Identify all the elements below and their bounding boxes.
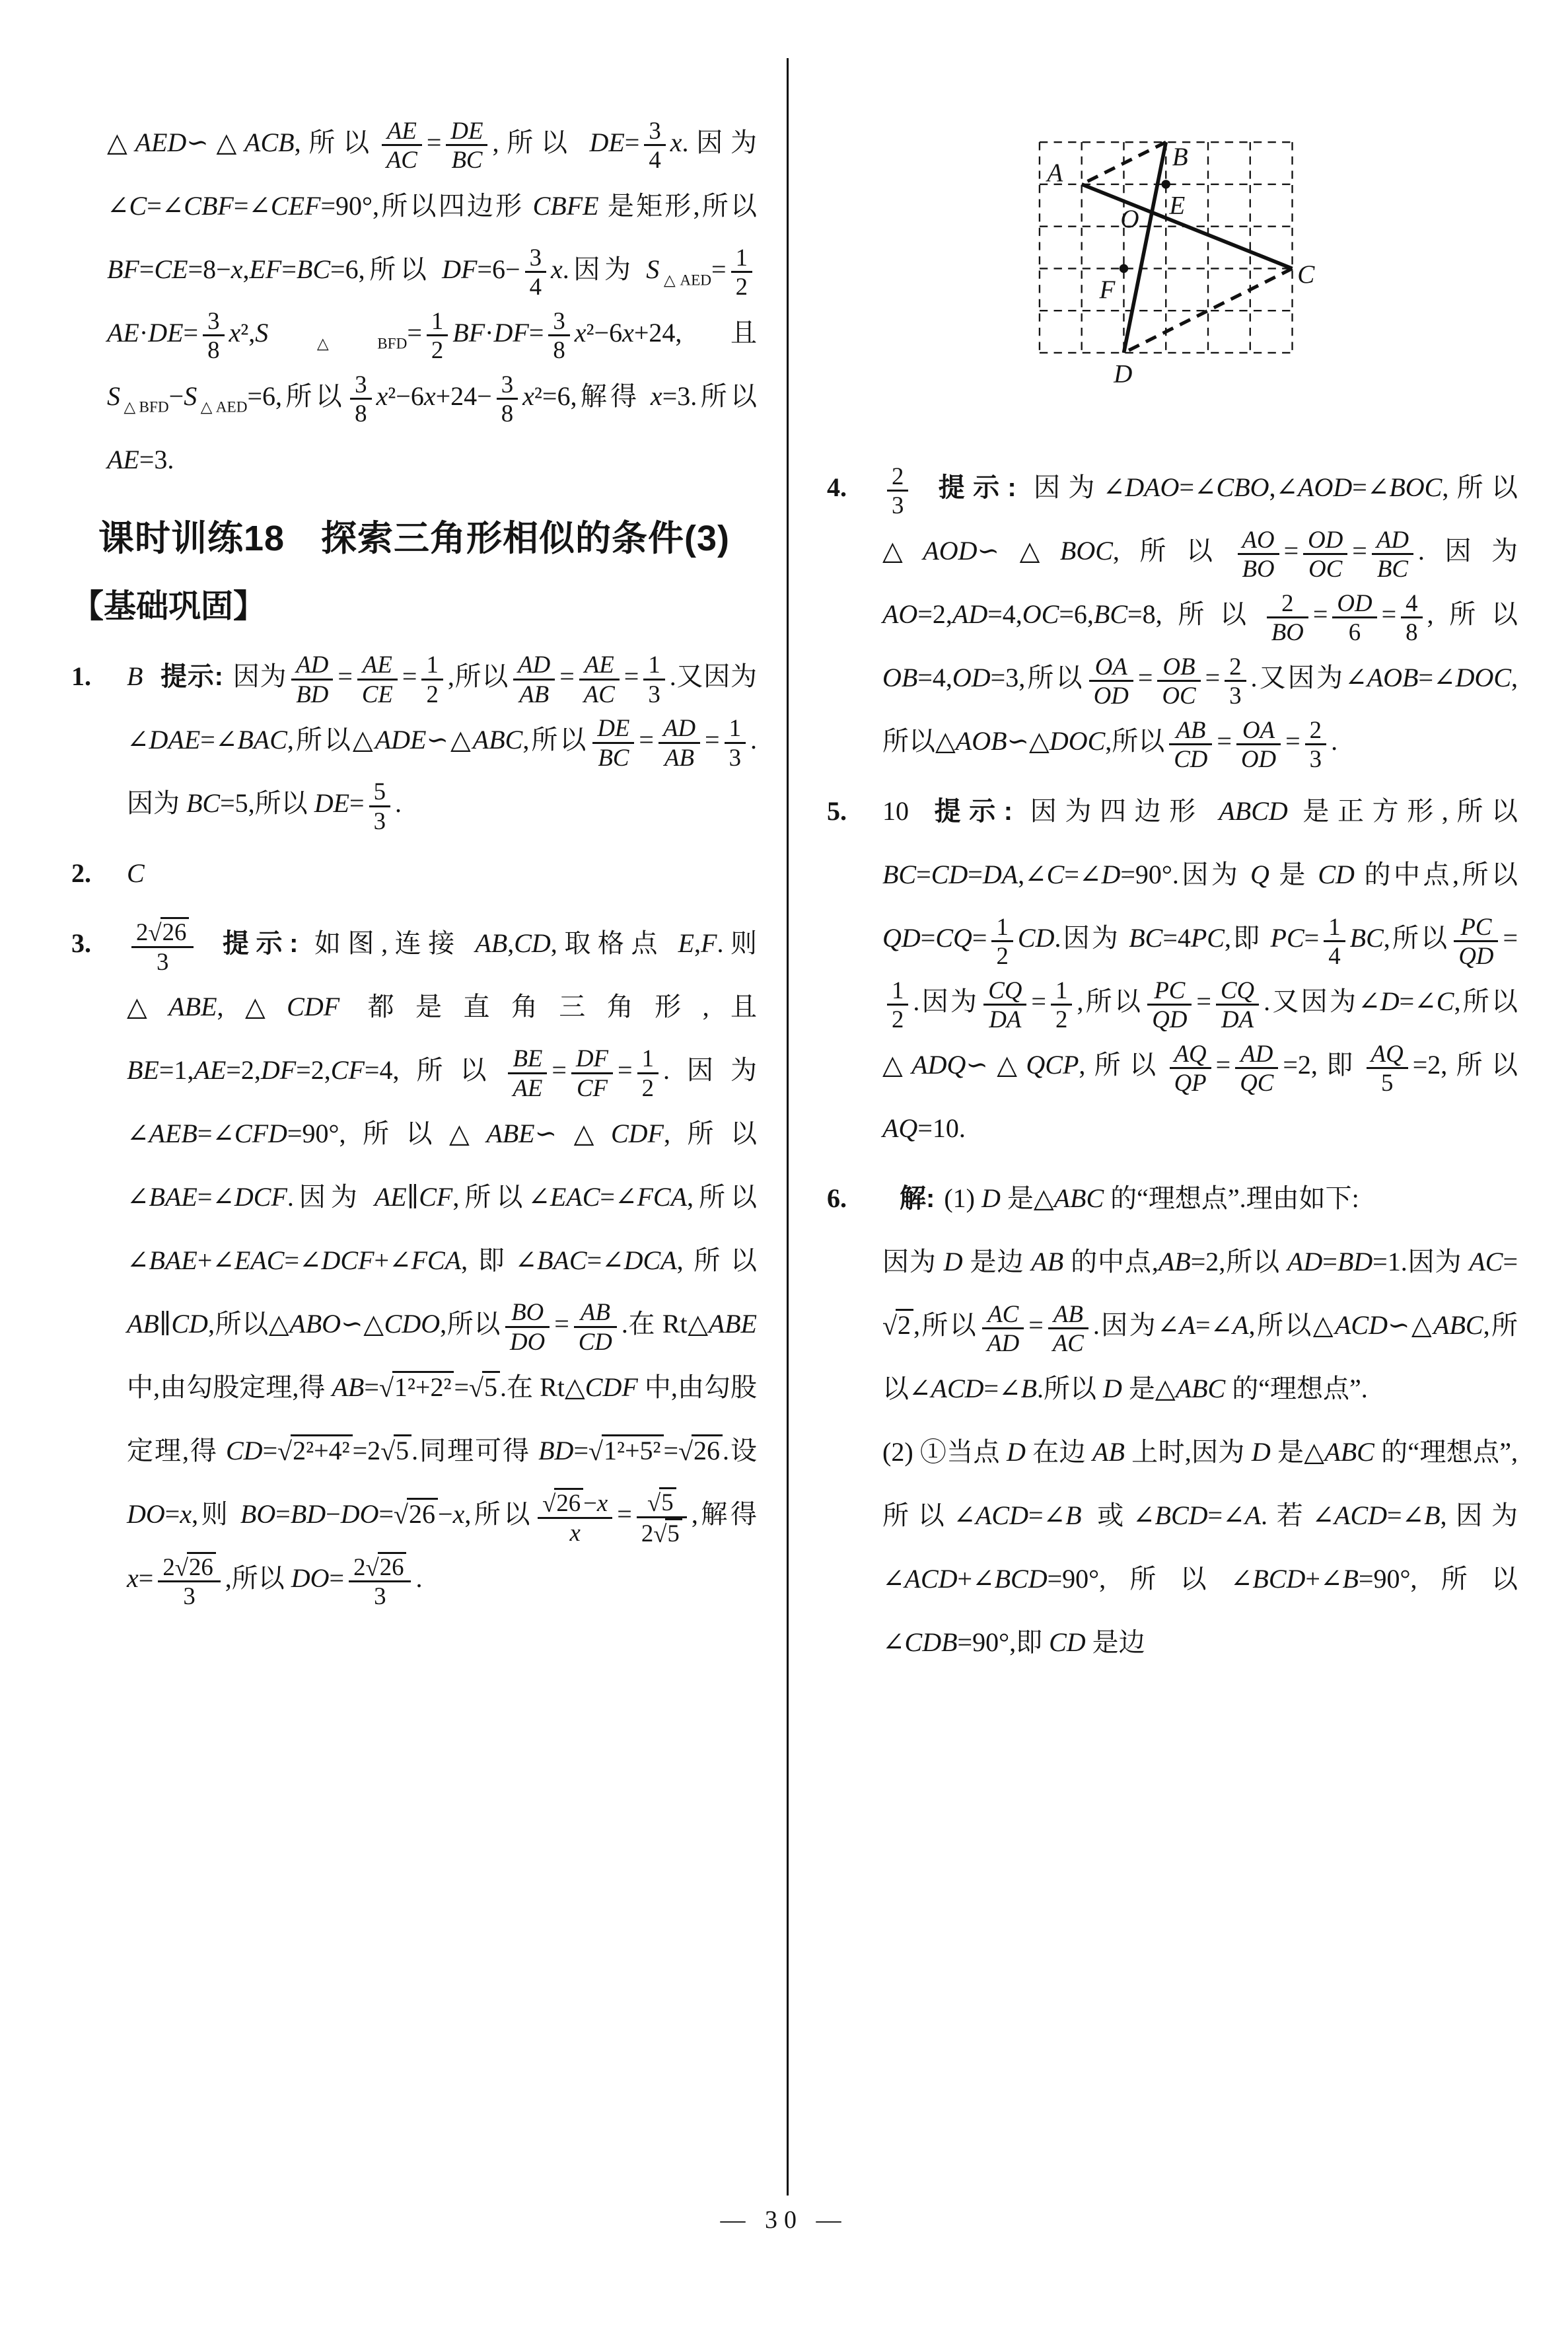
figure-label-A: A [1045, 159, 1063, 187]
fraction: DEBC [592, 714, 634, 770]
dot-E [1162, 180, 1170, 188]
dot-F [1120, 264, 1128, 273]
fraction: 12 [427, 307, 448, 363]
fraction: ADBC [1372, 526, 1413, 582]
textbook-answer-page: △AED∽△ACB,所以AEAC=DEBC,所以 DE=34x.因为∠C=∠CB… [0, 0, 1568, 2325]
fraction: √26−xx [538, 1488, 612, 1545]
page-number: — 30 — [0, 2205, 1568, 2234]
grid-figure: ABEOFCD [827, 115, 1518, 433]
fraction: 12 [991, 913, 1013, 969]
fraction: √52√5 [637, 1487, 687, 1546]
fraction: PCQD [1454, 913, 1498, 969]
section-heading: 课时训练18 探索三角形相似的条件(3) [71, 514, 757, 564]
fraction: OAOD [1236, 716, 1281, 772]
fraction: BODO [505, 1298, 550, 1354]
fraction: 13 [643, 651, 664, 707]
problem-1: 1.B提示:因为ADBD=AECE=12,所以ADAB=AEAC=13.又因为∠… [71, 645, 757, 835]
fraction: AQQP [1170, 1040, 1211, 1096]
square-root: √1²+5² [588, 1419, 664, 1483]
problem-number: 3. [71, 912, 127, 975]
square-root: √2²+4² [277, 1419, 353, 1483]
fraction: CQDA [983, 977, 1026, 1033]
problem-2: 2.C [71, 842, 757, 905]
square-root: √26 [365, 1552, 406, 1580]
problem-number: 5. [827, 780, 882, 843]
problem-3: 3.2√263提示:如图,连接 AB,CD,取格点 E,F.则△ABE,△CDF… [71, 912, 757, 1610]
fraction: ABAC [1048, 1300, 1088, 1356]
fraction: 53 [369, 778, 390, 834]
fraction: 2√263 [349, 1552, 411, 1609]
fraction: 34 [525, 244, 546, 300]
square-root: √26 [148, 917, 189, 945]
fraction: PCQD [1147, 977, 1192, 1033]
fraction: 23 [887, 462, 908, 519]
fraction: OBOC [1157, 653, 1200, 709]
fraction: 23 [1305, 716, 1326, 772]
problem-6: 6.解:(1) D 是△ABC 的“理想点”.理由如下:因为 D 是边 AB 的… [827, 1167, 1518, 1674]
square-root: √5 [653, 1518, 682, 1547]
fraction: 12 [731, 244, 752, 300]
fraction: 2BO [1267, 589, 1308, 646]
bold-label: 提示: [926, 797, 1013, 826]
square-root: √5 [647, 1487, 676, 1516]
square-root: √26 [394, 1483, 438, 1546]
figure-label-D: D [1113, 360, 1132, 388]
bold-label: 提示: [930, 473, 1016, 502]
problem-number: 1. [71, 645, 127, 708]
segment-CD [1123, 268, 1292, 353]
continued-solution: △AED∽△ACB,所以AEAC=DEBC,所以 DE=34x.因为∠C=∠CB… [71, 111, 757, 492]
figure-label-B: B [1172, 143, 1188, 171]
fraction: 38 [350, 371, 371, 427]
fraction: 23 [1225, 653, 1246, 709]
fraction: ADQC [1235, 1040, 1278, 1096]
fraction: AEAC [579, 651, 620, 707]
square-root: √2 [882, 1294, 913, 1357]
fraction: AQ5 [1367, 1040, 1408, 1096]
figure-label-O: O [1120, 205, 1139, 233]
fraction: 48 [1401, 589, 1422, 646]
fraction: 2√263 [158, 1552, 220, 1609]
fraction: 12 [1051, 977, 1072, 1033]
square-root: √26 [678, 1419, 723, 1483]
problem-4: 4.23提示:因为∠DAO=∠CBO,∠AOD=∠BOC,所以△AOD∽△BOC… [827, 456, 1518, 773]
fraction: BEAE [508, 1045, 547, 1101]
square-root: √5 [380, 1419, 411, 1483]
square-root: √1²+2² [379, 1356, 454, 1419]
fraction: AOBO [1238, 526, 1279, 582]
bold-label: 解: [900, 1184, 935, 1213]
fraction: 38 [548, 307, 569, 363]
segment-BD [1123, 142, 1166, 353]
column-divider [787, 58, 789, 2196]
left-column: △AED∽△ACB,所以AEAC=DEBC,所以 DE=34x.因为∠C=∠CB… [71, 111, 757, 1617]
fraction: 12 [887, 977, 908, 1033]
fraction: ACAD [982, 1300, 1024, 1356]
fraction: ADAB [659, 714, 700, 770]
fraction: 34 [644, 117, 665, 173]
fraction: DEBC [446, 117, 487, 173]
fraction: CQDA [1216, 977, 1259, 1033]
fraction: OAOD [1089, 653, 1133, 709]
figure-label-C: C [1297, 260, 1315, 289]
fraction: DFCF [571, 1045, 613, 1101]
fraction: 12 [421, 651, 443, 707]
right-column: ABEOFCD4.23提示:因为∠DAO=∠CBO,∠AOD=∠BOC,所以△A… [827, 111, 1518, 1681]
fraction: 38 [497, 371, 518, 427]
fraction: 12 [637, 1045, 659, 1101]
fraction: ODOC [1303, 526, 1347, 582]
problem-number: 4. [827, 456, 882, 519]
grid-figure-svg: ABEOFCD [1018, 115, 1327, 410]
fraction: ABCD [1169, 716, 1212, 772]
square-root: √26 [175, 1552, 216, 1580]
fraction: 13 [725, 714, 746, 770]
bold-label: 提示: [160, 662, 223, 691]
square-root: √5 [469, 1356, 500, 1419]
figure-label-E: E [1168, 192, 1185, 220]
bold-label: 提示: [215, 929, 298, 958]
problem-number: 6. [827, 1167, 882, 1230]
fraction: 2√263 [131, 917, 194, 975]
fraction: 38 [203, 307, 224, 363]
basics-subheading: 【基础巩固】 [71, 584, 757, 630]
fraction: AECE [357, 651, 398, 707]
fraction: ADBD [291, 651, 333, 707]
fraction: AEAC [382, 117, 422, 173]
fraction: ABCD [574, 1298, 617, 1354]
problem-5: 5.10提示:因为四边形 ABCD 是正方形,所以 BC=CD=DA,∠C=∠D… [827, 780, 1518, 1160]
fraction: ADAB [513, 651, 555, 707]
figure-label-F: F [1098, 276, 1116, 304]
problem-number: 2. [71, 842, 127, 905]
square-root: √26 [542, 1488, 583, 1516]
fraction: OD6 [1332, 589, 1376, 646]
fraction: 14 [1324, 913, 1345, 969]
